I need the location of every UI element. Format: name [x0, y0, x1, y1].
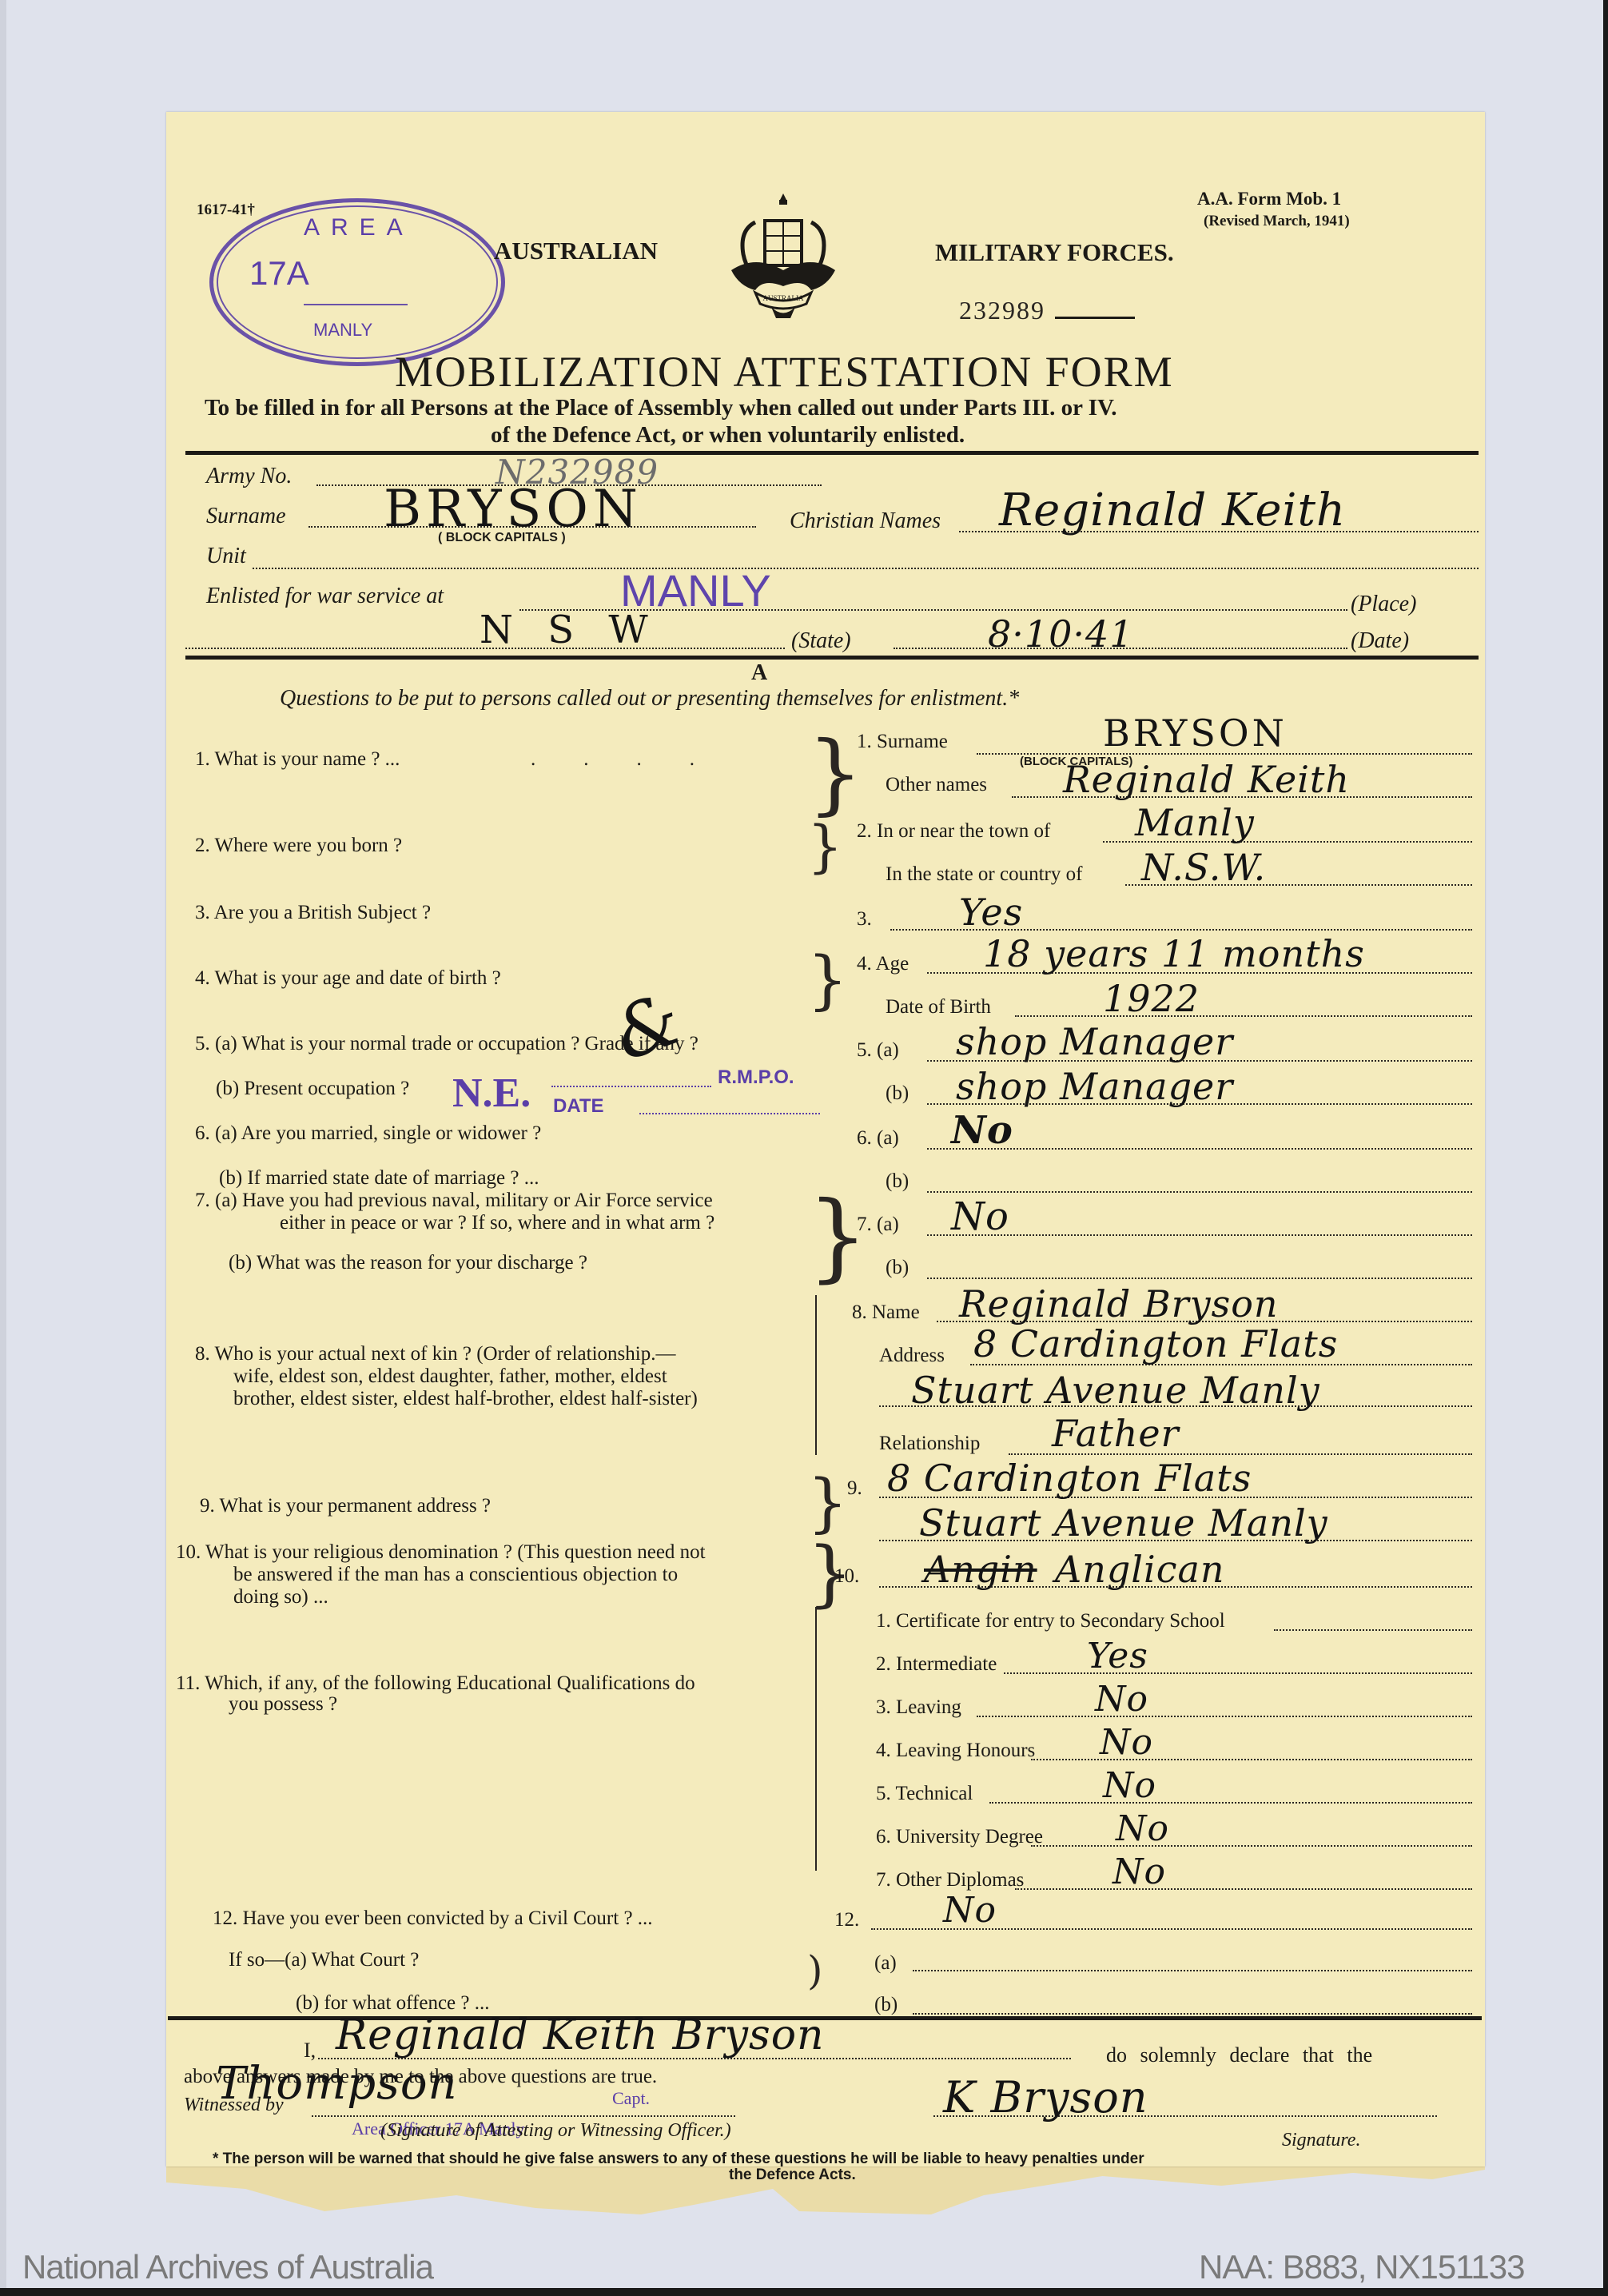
form-subtitle-line2: of the Defence Act, or when voluntarily … [491, 422, 965, 448]
answer-12-label: 12. [834, 1909, 859, 1931]
archive-reference: NAA: B883, NX151133 [1199, 2248, 1525, 2286]
header-divider [185, 451, 1479, 455]
edu-5-line [989, 1802, 1472, 1804]
svg-text:AUSTRALIA: AUSTRALIA [763, 294, 804, 302]
answer-8-address-2[interactable]: Stuart Avenue Manly [911, 1369, 1320, 1412]
answer-1-surname-label: 1. Surname [857, 731, 948, 753]
answer-4-age-label: 4. Age [857, 953, 909, 975]
answer-12a-label: (a) [874, 1952, 897, 1975]
question-8-line3: brother, eldest sister, eldest half-brot… [233, 1388, 698, 1410]
edu-7-line [1015, 1888, 1472, 1890]
answer-8-address-label: Address [879, 1345, 945, 1367]
header-australian: AUSTRALIAN [494, 237, 658, 265]
declarant-signature[interactable]: K Bryson [943, 2072, 1148, 2123]
edu-7-label: 7. Other Diplomas [876, 1869, 1024, 1891]
answer-6b-line [927, 1191, 1472, 1193]
answer-12b-label: (b) [874, 1994, 898, 2016]
edu-1-label: 1. Certificate for entry to Secondary Sc… [876, 1610, 1225, 1632]
edu-3-value[interactable]: No [1095, 1679, 1148, 1720]
brace-9: } [807, 1471, 848, 1535]
answer-12b-line [913, 2013, 1472, 2015]
block-capitals-note: ( BLOCK CAPITALS ) [438, 531, 566, 545]
answer-9-label: 9. [847, 1477, 862, 1500]
scanner-edge-right [1603, 0, 1608, 2296]
edu-3-line [977, 1716, 1472, 1717]
answer-10-struck: Angin [924, 1548, 1037, 1591]
answer-10-label: 10. [834, 1565, 859, 1588]
question-4: 4. What is your age and date of birth ? [195, 967, 501, 990]
answer-9-address-1[interactable]: 8 Cardington Flats [887, 1457, 1252, 1500]
question-12a: If so—(a) What Court ? [229, 1949, 419, 1971]
question-6a: 6. (a) Are you married, single or widowe… [195, 1122, 541, 1145]
question-10-line3: doing so) ... [233, 1586, 328, 1608]
question-1: 1. What is your name ? ... [195, 748, 400, 771]
answer-8-address-1[interactable]: 8 Cardington Flats [973, 1322, 1338, 1365]
declaration-text: do solemnly declare that the [1106, 2043, 1372, 2067]
answer-8-relationship-label: Relationship [879, 1433, 980, 1455]
form-subtitle-line1: To be filled in for all Persons at the P… [205, 395, 1117, 421]
answer-7b-line [927, 1278, 1472, 1279]
brace-4: } [807, 948, 848, 1012]
brace-7: } [807, 1190, 868, 1286]
form-title: MOBILIZATION ATTESTATION FORM [395, 347, 1174, 397]
answer-4-dob-label: Date of Birth [886, 996, 991, 1018]
answer-4-dob-line [1015, 1015, 1472, 1017]
question-5b: (b) Present occupation ? [216, 1078, 409, 1100]
scanner-edge-bottom [0, 2288, 1608, 2296]
enlisted-label: Enlisted for war service at [206, 584, 444, 609]
edu-2-value[interactable]: Yes [1087, 1636, 1148, 1676]
crest-underline [1055, 317, 1135, 319]
edu-2-line [1004, 1672, 1472, 1674]
date-label: (Date) [1351, 628, 1409, 654]
answer-6a-label: 6. (a) [857, 1127, 899, 1150]
witness-rank-stamp: Capt. [612, 2088, 650, 2109]
answer-8-relationship[interactable]: Father [1052, 1412, 1180, 1455]
kin-brace-line [815, 1295, 817, 1455]
answer-5b[interactable]: shop Manager [956, 1065, 1233, 1108]
surname-label: Surname [206, 504, 286, 529]
answer-7a-label: 7. (a) [857, 1214, 899, 1236]
witness-signature[interactable]: Thompson [216, 2058, 458, 2110]
answer-6a[interactable]: No [951, 1108, 1013, 1153]
edu-7-value[interactable]: No [1112, 1852, 1166, 1892]
answer-3-label: 3. [857, 908, 872, 931]
question-11-line2: you possess ? [229, 1693, 337, 1716]
edu-6-value[interactable]: No [1116, 1808, 1169, 1849]
answer-4-age[interactable]: 18 years 11 months [983, 932, 1365, 975]
area-stamp-top: AREA [304, 214, 414, 241]
answer-4-dob[interactable]: 1922 [1103, 977, 1200, 1020]
form-number: A.A. Form Mob. 1 [1197, 189, 1341, 209]
edu-5-label: 5. Technical [876, 1783, 973, 1805]
signature-caption: Signature. [1282, 2130, 1360, 2151]
answer-8-name-label: 8. Name [852, 1301, 920, 1324]
header-military-forces: MILITARY FORCES. [935, 238, 1174, 267]
edu-3-label: 3. Leaving [876, 1696, 961, 1719]
edu-1-line [1274, 1629, 1472, 1631]
form-revised-date: (Revised March, 1941) [1204, 213, 1350, 230]
answer-10[interactable]: Anglican [1055, 1548, 1225, 1591]
question-2: 2. Where were you born ? [195, 835, 402, 857]
area-stamp-number: 17A [249, 254, 309, 293]
question-9: 9. What is your permanent address ? [200, 1495, 491, 1517]
edu-5-value[interactable]: No [1103, 1765, 1156, 1806]
date-value[interactable]: 8·10·41 [988, 612, 1134, 656]
personal-divider [185, 656, 1479, 660]
ne-stamp-line-bottom [639, 1113, 820, 1114]
answer-2-town-label: 2. In or near the town of [857, 820, 1050, 843]
answer-8-name[interactable]: Reginald Bryson [959, 1282, 1279, 1325]
question-7b: (b) What was the reason for your dischar… [229, 1252, 587, 1274]
edu-6-label: 6. University Degree [876, 1826, 1043, 1848]
place-label: (Place) [1351, 592, 1416, 617]
ne-stamp: N.E. [452, 1070, 531, 1117]
section-a-letter: A [751, 660, 767, 686]
answer-7a[interactable]: No [951, 1194, 1009, 1239]
declarant-name[interactable]: Reginald Keith Bryson [336, 2011, 824, 2059]
archive-name: National Archives of Australia [22, 2248, 433, 2286]
answer-6b-label: (b) [886, 1170, 909, 1193]
edu-4-line [1031, 1759, 1472, 1760]
answer-1-other[interactable]: Reginald Keith [1063, 758, 1350, 801]
state-label: (State) [791, 628, 851, 654]
answer-3[interactable]: Yes [959, 891, 1023, 934]
answer-9-address-2[interactable]: Stuart Avenue Manly [919, 1501, 1328, 1545]
question-11-line1: 11. Which, if any, of the following Educ… [176, 1672, 695, 1695]
edu-4-value[interactable]: No [1100, 1722, 1153, 1763]
christian-names-label: Christian Names [790, 508, 941, 534]
answer-12[interactable]: No [943, 1890, 997, 1931]
scanner-edge-left [0, 0, 6, 2296]
question-3: 3. Are you a British Subject ? [195, 902, 431, 924]
coat-of-arms-icon: AUSTRALIA [723, 190, 843, 322]
area-stamp-bottom: MANLY [313, 320, 372, 341]
question-10-line2: be answered if the man has a conscientio… [233, 1564, 678, 1586]
education-brace-line [815, 1607, 817, 1871]
answer-12a-line [913, 1970, 1472, 1971]
unit-label: Unit [206, 544, 246, 569]
section-a-intro: Questions to be put to persons called ou… [280, 686, 1019, 712]
answer-5a-label: 5. (a) [857, 1039, 899, 1062]
edu-4-label: 4. Leaving Honours [876, 1740, 1035, 1762]
answer-2-state-label: In the state or country of [886, 863, 1082, 886]
brace-1: } [807, 729, 863, 817]
state-value[interactable]: N S W [480, 608, 659, 652]
question-12: 12. Have you ever been convicted by a Ci… [213, 1907, 653, 1930]
answer-2-town[interactable]: Manly [1135, 801, 1255, 844]
surname-value[interactable]: BRYSON [384, 480, 643, 539]
witness-caption: (Signature of Attesting or Witnessing Of… [380, 2120, 731, 2142]
question-7a-line2: either in peace or war ? If so, where an… [280, 1212, 714, 1234]
unit-line [253, 568, 1479, 569]
question-8-line1: 8. Who is your actual next of kin ? (Ord… [195, 1343, 675, 1365]
answer-1-other-label: Other names [886, 774, 987, 796]
ne-stamp-line-top [551, 1086, 711, 1087]
answer-7b-label: (b) [886, 1257, 909, 1279]
answer-5b-label: (b) [886, 1082, 909, 1105]
brace-12a: ) [807, 1951, 823, 1991]
answer-5a[interactable]: shop Manager [956, 1020, 1233, 1063]
warning-line1: * The person will be warned that should … [213, 2151, 1144, 2168]
edu-2-label: 2. Intermediate [876, 1653, 997, 1676]
question-10-line1: 10. What is your religious denomination … [176, 1541, 706, 1564]
brace-2: } [807, 819, 843, 875]
area-stamp-line [304, 304, 408, 305]
question-1-dots: .... [531, 748, 742, 771]
christian-names-value[interactable]: Reginald Keith [999, 484, 1346, 536]
ne-stamp-rmpo: R.M.P.O. [718, 1066, 794, 1089]
warning-line2: the Defence Acts. [729, 2166, 856, 2184]
question-7a-line1: 7. (a) Have you had previous naval, mili… [195, 1190, 713, 1212]
question-6b: (b) If married state date of marriage ? … [219, 1167, 539, 1190]
answer-1-surname[interactable]: BRYSON [1103, 712, 1288, 755]
ne-stamp-date: DATE [553, 1095, 604, 1118]
question-8-line2: wife, eldest son, eldest daughter, fathe… [233, 1365, 667, 1388]
witness-line [312, 2115, 735, 2117]
army-no-label: Army No. [206, 464, 292, 489]
answer-2-state[interactable]: N.S.W. [1141, 846, 1266, 889]
print-code: 1617-41† [197, 201, 255, 219]
serial-number: 232989 [959, 296, 1045, 325]
edu-6-line [1031, 1845, 1472, 1847]
